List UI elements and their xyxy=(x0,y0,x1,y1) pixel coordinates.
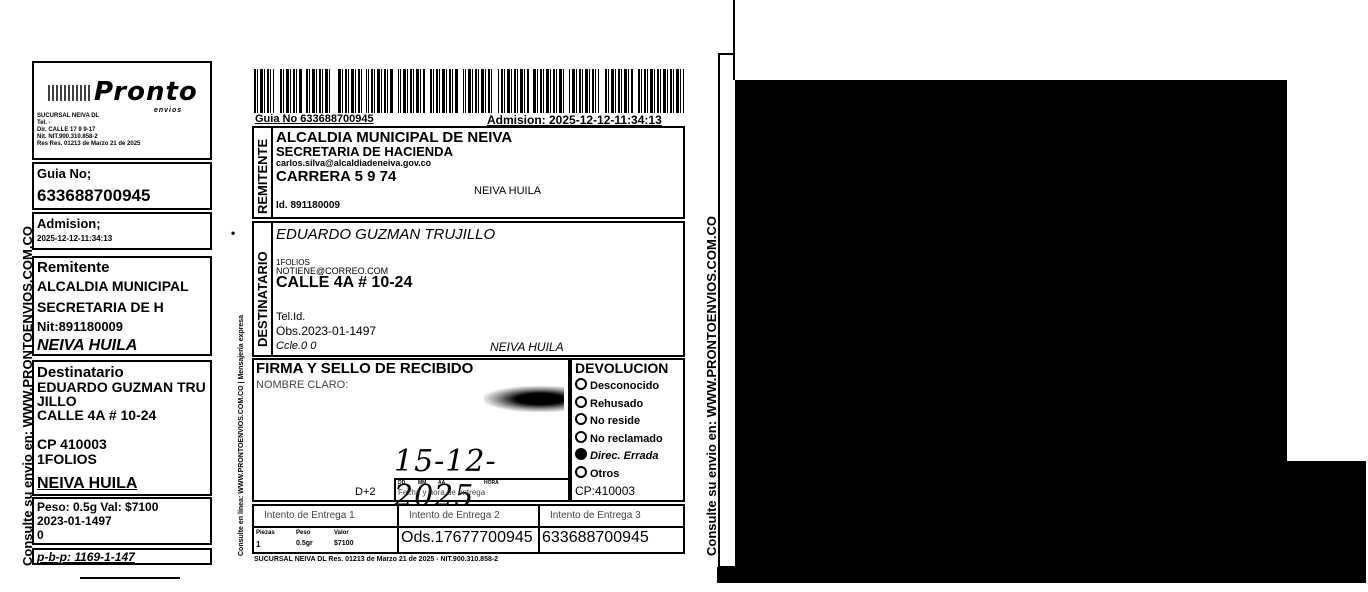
redaction-block xyxy=(735,80,1287,583)
remitente-id: Id. 891180009 xyxy=(276,200,340,211)
destinatario-section: DESTINATARIO EDUARDO GUZMAN TRUJILLO 1FO… xyxy=(252,221,685,357)
firma-title: FIRMA Y SELLO DE RECIBIDO xyxy=(256,360,473,377)
intento-col-3: Intento de Entrega 3 633688700945 xyxy=(540,506,683,552)
destinatario-side-label: DESTINATARIO xyxy=(254,223,273,355)
remitente-line: SECRETARIA DE H xyxy=(37,299,164,315)
branch-line: Dir. CALLE 17 9 9-17 xyxy=(37,127,140,134)
devolucion-section: DEVOLUCION DesconocidoRehusadoNo resideN… xyxy=(570,358,685,502)
remitente-dept: SECRETARIA DE HACIENDA xyxy=(276,144,453,159)
stub-reference-box: p-b-p: 1169-1-147 xyxy=(32,548,212,565)
devolucion-options: DesconocidoRehusadoNo resideNo reclamado… xyxy=(575,378,663,483)
devolucion-option[interactable]: No reside xyxy=(575,413,663,431)
logo-text: Pronto xyxy=(94,77,198,107)
reference-code: p-b-p: 1169-1-147 xyxy=(37,550,135,564)
devolucion-option[interactable]: Direc. Errada xyxy=(575,448,663,466)
devolucion-option-label: Desconocido xyxy=(590,380,659,392)
pronto-logo: Pronto xyxy=(48,77,198,107)
remitente-title: Remitente xyxy=(37,259,110,276)
admision-header: Admision: 2025-12-12-11:34:13 xyxy=(487,113,662,127)
admision-value: 2025-12-12-11:34:13 xyxy=(37,234,112,243)
remitente-name: ALCALDIA MUNICIPAL DE NEIVA xyxy=(276,130,512,145)
branch-line: Res Res. 01213 de Marzo 21 de 2025 xyxy=(37,141,140,148)
stub-admision-box: Admision; 2025-12-12-11:34:13 xyxy=(32,212,212,250)
radio-icon[interactable] xyxy=(575,413,587,425)
d-plus-label: D+2 xyxy=(355,486,376,498)
devolucion-option[interactable]: Desconocido xyxy=(575,378,663,396)
piezas-value: 1 xyxy=(256,540,260,549)
radio-icon[interactable] xyxy=(575,448,587,460)
branch-info: SUCURSAL NEIVA DL Tel. - Dir. CALLE 17 9… xyxy=(37,113,140,148)
guia-header: Guia No 633688700945 xyxy=(255,113,374,125)
peso-value: 0.5gr xyxy=(296,540,313,547)
devolucion-option-label: No reside xyxy=(590,415,640,427)
destinatario-line: CALLE 4A # 10-24 xyxy=(37,407,156,423)
remitente-line: Nit:891180009 xyxy=(37,319,123,334)
logo-hatch-icon xyxy=(48,85,92,101)
valor-value: $7100 xyxy=(334,540,353,547)
main-side-text: Consulte en línea: WWW.PRONTOENVIOS.COM.… xyxy=(238,315,245,556)
intento-label: Intento de Entrega 3 xyxy=(550,510,641,521)
remitente-side-label: REMITENTE xyxy=(254,128,273,217)
devolucion-title: DEVOLUCION xyxy=(575,360,668,376)
branch-line: Tel. - xyxy=(37,120,140,127)
date-field: DD MM AA HORA Fecha y hora de entrega xyxy=(394,478,570,502)
footer-text: SUCURSAL NEIVA DL Res. 01213 de Marzo 21… xyxy=(254,556,498,563)
destinatario-ccle: Ccle.0 0 xyxy=(276,340,316,352)
destinatario-cp: CP 410003 xyxy=(37,436,107,452)
devolucion-option-label: Direc. Errada xyxy=(590,450,658,462)
stub-underline xyxy=(80,577,180,579)
date-col-mm: MM xyxy=(418,480,426,486)
redaction-block xyxy=(717,567,737,583)
intento-col-2: Intento de Entrega 2 Ods.17677700945 xyxy=(399,506,540,552)
devolucion-option-label: No reclamado xyxy=(590,433,663,445)
peso-line: Peso: 0.5g Val: $7100 xyxy=(37,500,158,514)
intentos-section: Intento de Entrega 1 Piezas 1 Peso 0.5gr… xyxy=(252,504,685,554)
nombre-label: NOMBRE CLARO: xyxy=(256,379,348,391)
admision-label: Admision; xyxy=(37,216,101,231)
destinatario-obs: Obs.2023-01-1497 xyxy=(276,324,376,338)
guia-repeat: 633688700945 xyxy=(542,529,649,547)
guia-number: 633688700945 xyxy=(37,186,150,206)
intento-col-1: Intento de Entrega 1 Piezas 1 Peso 0.5gr… xyxy=(254,506,399,552)
remitente-email: carlos.silva@alcaldiadeneiva.gov.co xyxy=(276,158,431,168)
valor-label: Valor xyxy=(334,530,349,536)
devolucion-option-label: Rehusado xyxy=(590,398,643,410)
stub-remitente-box: Remitente ALCALDIA MUNICIPAL SECRETARIA … xyxy=(32,256,212,356)
destinatario-city: NEIVA HUILA xyxy=(490,340,564,354)
stub-destinatario-box: Destinatario EDUARDO GUZMAN TRU JILLO CA… xyxy=(32,360,212,496)
redaction-block xyxy=(1287,461,1366,583)
branch-line: SUCURSAL NEIVA DL xyxy=(37,113,140,120)
date-col-hora: HORA xyxy=(484,480,499,486)
radio-icon[interactable] xyxy=(575,431,587,443)
destinatario-name: EDUARDO GUZMAN TRUJILLO xyxy=(276,226,495,243)
stamp-icon xyxy=(484,386,564,412)
intento-label: Intento de Entrega 1 xyxy=(264,510,355,521)
remitente-section: REMITENTE ALCALDIA MUNICIPAL DE NEIVA SE… xyxy=(252,126,685,219)
radio-icon[interactable] xyxy=(575,378,587,390)
piezas-label: Piezas xyxy=(256,530,275,536)
remitente-city: NEIVA HUILA xyxy=(37,337,137,355)
third-label-edge xyxy=(718,53,735,568)
branch-line: Nit. NIT.900.310.858-2 xyxy=(37,134,140,141)
devolucion-option[interactable]: Rehusado xyxy=(575,396,663,414)
radio-icon[interactable] xyxy=(575,466,587,478)
destinatario-tel: Tel.Id. xyxy=(276,311,305,323)
firma-section: FIRMA Y SELLO DE RECIBIDO NOMBRE CLARO: … xyxy=(252,358,570,502)
devolucion-option[interactable]: No reclamado xyxy=(575,431,663,449)
stub-guia-box: Guia No; 633688700945 xyxy=(32,162,212,210)
date-col-dd: DD xyxy=(398,480,405,486)
intento-label: Intento de Entrega 2 xyxy=(409,510,500,521)
radio-icon[interactable] xyxy=(575,396,587,408)
obs-line: 2023-01-1497 xyxy=(37,514,112,528)
devolucion-option[interactable]: Otros xyxy=(575,466,663,484)
stub-peso-box: Peso: 0.5g Val: $7100 2023-01-1497 0 xyxy=(32,497,212,545)
logo-subtitle: envios xyxy=(154,107,182,114)
date-col-aa: AA xyxy=(438,480,445,486)
remitente-city: NEIVA HUILA xyxy=(474,185,541,197)
destinatario-city: NEIVA HUILA xyxy=(37,475,137,493)
destinatario-folios: 1FOLIOS xyxy=(37,451,97,467)
date-caption: Fecha y hora de entrega xyxy=(398,488,485,497)
destinatario-address: CALLE 4A # 10-24 xyxy=(276,274,412,292)
ccle-line: 0 xyxy=(37,528,44,542)
devolucion-option-label: Otros xyxy=(590,468,619,480)
peso-label: Peso xyxy=(296,530,310,536)
ods-number: Ods.17677700945 xyxy=(401,529,533,547)
remitente-address: CARRERA 5 9 74 xyxy=(276,168,396,185)
third-side-text: Consulte su envio en: WWW.PRONTOENVIOS.C… xyxy=(704,216,719,556)
mark-dot: • xyxy=(231,226,235,240)
remitente-line: ALCALDIA MUNICIPAL xyxy=(37,278,189,294)
guia-label: Guia No; xyxy=(37,166,91,181)
barcode xyxy=(254,69,684,113)
devolucion-cp: CP:410003 xyxy=(575,484,635,498)
logo-box: Pronto envios SUCURSAL NEIVA DL Tel. - D… xyxy=(32,61,212,160)
